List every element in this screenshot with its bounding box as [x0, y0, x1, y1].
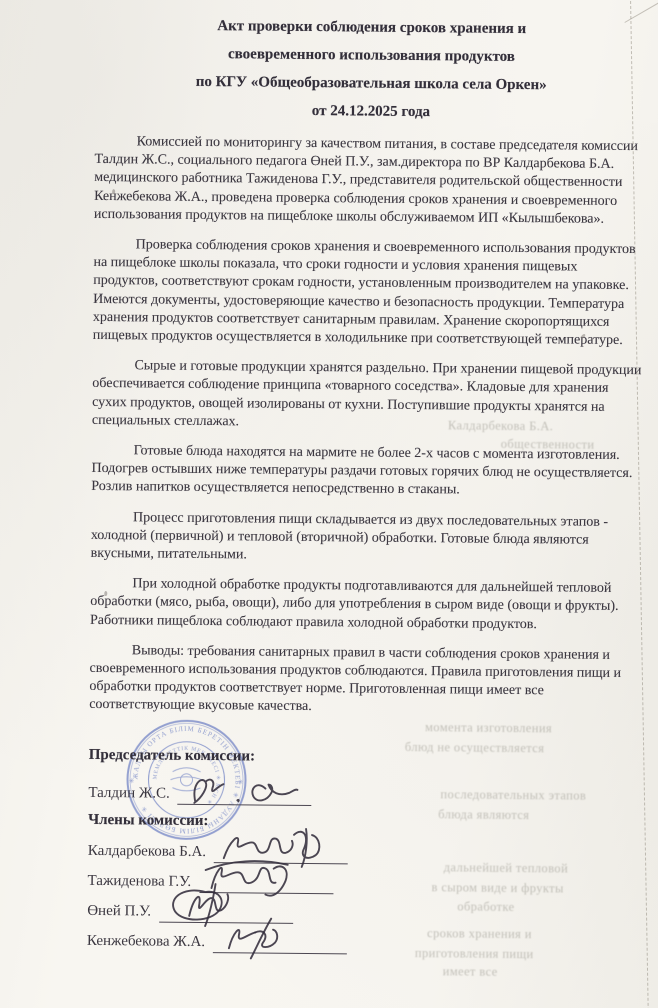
chairman-name: Талдин Ж.С.: [88, 782, 170, 805]
member-signature-row: Өней П.У.: [87, 893, 639, 927]
document-body: Акт проверки соблюдения сроков хранения …: [87, 11, 648, 958]
member-name-kaldarbekova: Калдарбекова Б.А.: [88, 840, 206, 863]
chairman-signature-line: [178, 778, 312, 805]
document-title: Акт проверки соблюдения сроков хранения …: [95, 11, 648, 128]
title-line-4: от 24.12.2025 года: [95, 95, 647, 128]
chairman-label: Председатель комиссии:: [89, 747, 641, 769]
bleed-through-text: имеет все: [443, 964, 498, 980]
signature-kenzhebekova: [217, 916, 347, 961]
paragraph-cooking-process: Процесс приготовления пищи складывается …: [91, 509, 643, 569]
member-name-oney: Өней П.У.: [87, 900, 151, 923]
signature-taldin: [182, 771, 312, 812]
members-label: Члены комиссии:: [88, 812, 640, 834]
paragraph-storage: Сырые и готовые продукции хранятся разде…: [92, 357, 645, 435]
signature-section: Председатель комиссии: Талдин Ж.С. Члены…: [87, 747, 641, 957]
paragraph-ready-meals: Готовые блюда находятся на мармите не бо…: [91, 442, 643, 502]
member-signature-row: Кенжебекова Ж.А.: [87, 923, 639, 957]
ink-speck: [112, 189, 115, 194]
paragraph-cold-processing: При холодной обработке продукты подготав…: [90, 575, 642, 635]
member-signature-line: [213, 927, 347, 954]
paragraph-conclusions: Выводы: требования санитарных правил в ч…: [89, 642, 642, 720]
paper-tilt: ЖАЛПЫ ОРТА БІЛІМ БЕРЕТІН МЕКТЕБІ ✳ АУДАН…: [0, 0, 658, 1008]
ink-speck: [104, 591, 107, 596]
paragraph-commission: Комиссией по мониторингу за качеством пи…: [94, 133, 647, 229]
member-signature-row: Калдарбекова Б.А.: [88, 833, 640, 867]
scanned-document-page: ЖАЛПЫ ОРТА БІЛІМ БЕРЕТІН МЕКТЕБІ ✳ АУДАН…: [0, 0, 658, 1008]
chairman-signature-row: Талдин Ж.С.: [88, 774, 640, 809]
paragraph-inspection: Проверка соблюдения сроков хранения и св…: [93, 236, 646, 351]
member-name-kenzhebekova: Кенжебекова Ж.А.: [87, 930, 205, 953]
